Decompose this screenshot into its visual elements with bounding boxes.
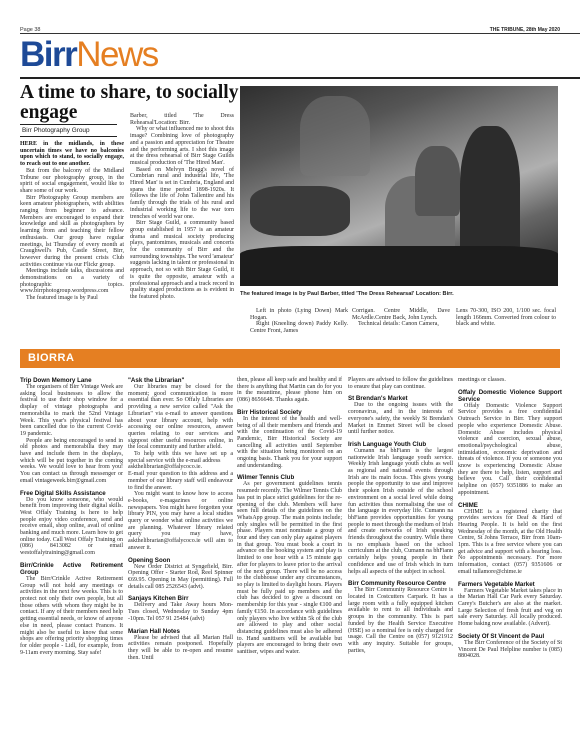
logo-birr: Birr [20,35,76,74]
paragraph: Players are advised to follow the guidel… [348,377,453,390]
paragraph: meetings or classes. [458,377,562,384]
paragraph: The featured image is by Paul [20,295,124,302]
paragraph: Cumann na bhFiann is the largest nationw… [348,448,453,575]
paragraph: CHIME is a registered charity that provi… [458,509,562,576]
notice-title: CHIME [458,502,562,509]
paragraph: Offaly Domestic Violence Support Service… [458,403,562,497]
paragraph: Corrigan. Centre Middle, Dave McArdle.Ce… [352,308,450,321]
paragraph: Do you know someone, who would benefit f… [20,497,123,557]
notice-title: St Brendan's Market [348,395,453,402]
feature-column-2: Barber, titled 'The Dress Rehearsal'Loca… [130,113,234,301]
paragraph: Please be advised that all Marian Hall a… [128,635,233,662]
credits-column-1: Left in photo (Lying Down) Mark Hogan. R… [250,308,348,335]
paragraph: Due to the ongoing issues with the coron… [348,402,453,436]
notice-title: Marian Hall Notes [128,628,233,635]
paragraph: Birr Stage Guild, a community based grou… [130,220,234,300]
notice-title: Birr Community Resource Centre [348,580,453,587]
feature-byline: Birr Photography Group [20,124,117,137]
paragraph: New Order District at Syngefield, Birr. … [128,564,233,591]
masthead-logo: BirrNews [20,33,158,77]
paragraph: In the interest of the health and well-b… [237,416,342,470]
notice-title: Birr Historical Society [237,409,342,416]
paragraph: Based on Melvyn Bragg's novel of Cumbria… [130,167,234,221]
credits-column-3: Lens 70-300, ISO 200, 1/100 sec. focal l… [456,308,556,328]
notices-column-1: Trip Down Memory Lane The organisers of … [20,377,123,656]
feature-lead: HERE in the midlands, in these uncertain… [20,141,124,168]
paragraph: E-mail your question to this address and… [128,471,233,491]
notices-column-4: Players are advised to follow the guidel… [348,377,453,654]
paragraph: As per government guidelines tennis resu… [237,481,342,655]
notice-title: Farmers Vegetable Market [458,581,562,588]
notices-column-3: then, please all keep safe and healthy a… [237,377,342,656]
paragraph: then, please all keep safe and healthy a… [237,377,342,404]
paragraph: Right (Kneeling down) Paddy Kelly. Centr… [250,321,348,334]
paragraph: Delivery and Take Away hours Mon-Tues cl… [128,602,233,622]
notices-column-2: "Ask the Librarian" Our libraries may be… [128,377,233,661]
section-title: BIORRA [28,349,74,368]
paragraph: You might want to know how to access e-b… [128,491,233,551]
paragraph: Our libraries may be closed for the mome… [128,384,233,451]
paragraph: Barber, titled 'The Dress Rehearsal'Loca… [130,113,234,126]
notice-title: Trip Down Memory Lane [20,377,123,384]
paragraph: To help with this we have set up a speci… [128,451,233,464]
paragraph: Technical details: Canon Camera, [352,321,450,328]
notice-title: "Ask the Librarian" [128,377,233,384]
featured-photo [240,86,558,286]
paragraph: The Birr Conference of the Society of St… [458,640,562,660]
paragraph: Left in photo (Lying Down) Mark Hogan. [250,308,348,321]
feature-column-1: HERE in the midlands, in these uncertain… [20,141,124,302]
paragraph: Farmers Vegetable Market takes place in … [458,588,562,628]
notice-title: Society Of St Vincent de Paul [458,633,562,640]
paragraph: But from the balcony of the Midland Trib… [20,168,124,195]
paragraph: Lens 70-300, ISO 200, 1/100 sec. focal l… [456,308,556,328]
notice-title: Offaly Domestic Violence Support Service [458,389,562,403]
paragraph: The Birr/Crinkle Active Retirement Group… [20,576,123,656]
notice-title: Irish Language Youth Club [348,441,453,448]
paragraph: People are being encouraged to send in o… [20,438,123,485]
credits-column-2: Corrigan. Centre Middle, Dave McArdle.Ce… [352,308,450,328]
notice-title: Wilmer Tennis Club [237,474,342,481]
paragraph: The organisers of Birr Vintage Week are … [20,384,123,438]
notice-title: Free Digital Skills Assistance [20,490,123,497]
paragraph: Birr Photography Group members are keen … [20,195,124,269]
notice-title: Opening Soon [128,557,233,564]
masthead-rule [20,77,580,79]
paragraph: Why or what influenced me to shoot this … [130,126,234,166]
paragraph: askthelibrarian@offalycoco.ie. [128,464,233,471]
notices-column-5: meetings or classes. Offaly Domestic Vio… [458,377,562,660]
paragraph: Meetings include talks, discussions and … [20,268,124,295]
notice-title: Sanjays Kitchen Birr [128,595,233,602]
logo-news: News [76,35,158,74]
section-banner [20,349,560,368]
photo-caption: The featured image is by Paul Barber, ti… [240,291,580,297]
paragraph: The Birr Community Resource Centre is lo… [348,587,453,654]
notice-title: Birr/Crinkle Active Retirement Group [20,562,123,576]
